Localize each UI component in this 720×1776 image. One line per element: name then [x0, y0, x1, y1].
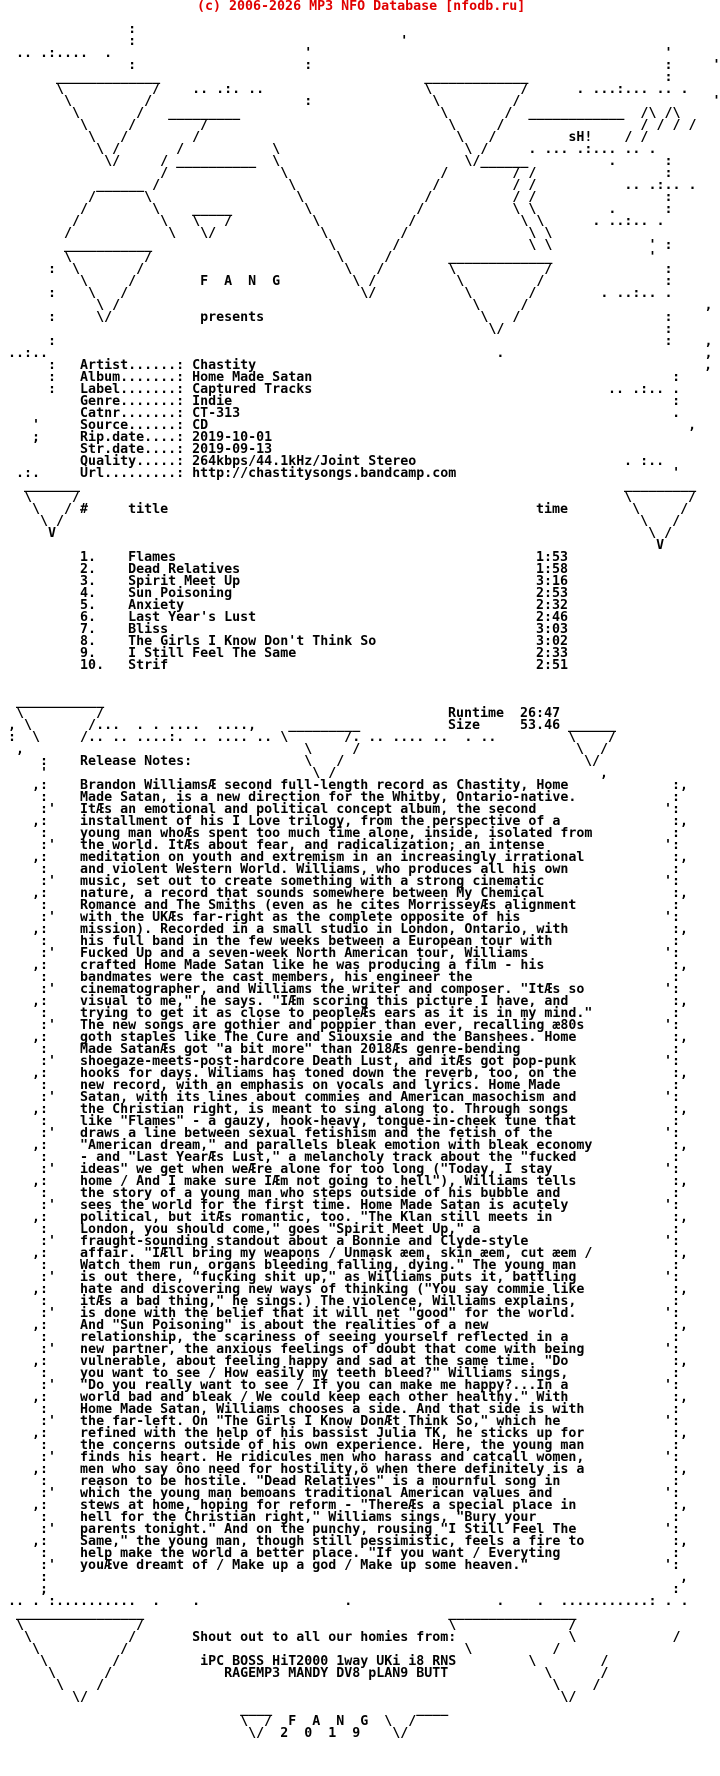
nfo-page: (c) 2006-2026 MP3 NFO Database [nfodb.ru… — [0, 0, 720, 1776]
nfo-right-border: :, : ': :, : ': :, : ': :, : ': :, : ': … — [664, 0, 688, 1764]
nfo-runtime-size: Runtime 26:47 Size 53.46 — [448, 0, 560, 1764]
